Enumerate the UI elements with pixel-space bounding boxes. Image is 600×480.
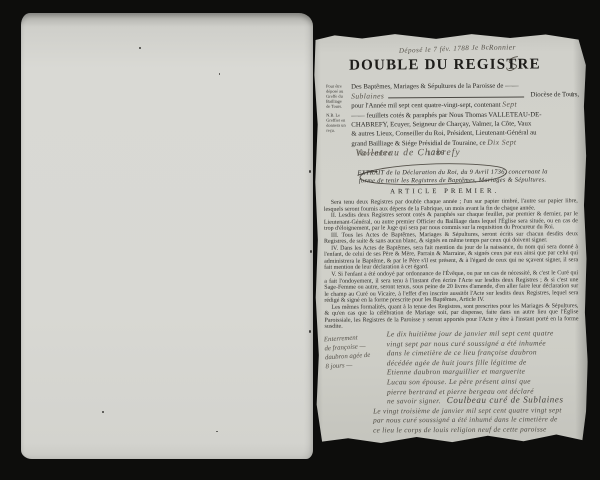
act-margin-note: Enterrement de françoise — daubron agée … bbox=[324, 332, 388, 372]
day-handwritten: Dix Sept bbox=[487, 138, 516, 147]
extrait-line: forme de tenir les Registres de Baptêmes… bbox=[334, 176, 572, 185]
article-paragraph: IV. Dans les Actes de Baptêmes, sera fai… bbox=[324, 244, 578, 272]
preamble-text: grand Bailliage & Siége Présidial de Tou… bbox=[351, 140, 487, 148]
paper-speck bbox=[309, 170, 311, 173]
paper-speck bbox=[309, 330, 311, 333]
register-title-page: Déposé le 7 fév. 1788 Je Bc Ronnier DOUB… bbox=[313, 32, 590, 446]
lieutenant-signature: Valleteau de Chabrefy bbox=[355, 148, 460, 159]
clerk-name-annotation: Ronnier bbox=[489, 43, 516, 52]
preamble-text: pour l'Année mil sept cent quatre-vingt-… bbox=[351, 102, 502, 110]
preamble-text: —— feuillets cotés & paraphés par Nous T… bbox=[351, 111, 541, 119]
preamble-text: CHABREFY, Ecuyer, Seigneur de Charçay, V… bbox=[351, 120, 531, 128]
printed-articles: Sera tenu deux Registres par double chaq… bbox=[324, 198, 579, 333]
article-paragraph: III. Tous les Actes de Baptêmes, Mariage… bbox=[324, 231, 578, 246]
page-title: DOUBLE DU REGISTRE bbox=[313, 56, 577, 75]
paper-speck bbox=[139, 47, 141, 49]
preamble-text: Des Baptêmes, Mariages & Sépultures de l… bbox=[351, 83, 519, 91]
parish-handwritten: Sublaines bbox=[351, 92, 384, 101]
gutter-shadow bbox=[313, 34, 324, 446]
act-line: par nous curé soussigné a été inhumé dan… bbox=[373, 416, 587, 427]
left-blank-page bbox=[21, 13, 313, 459]
preamble-text: & autres Lieux, Conseiller du Roi, Prési… bbox=[351, 129, 536, 137]
paper-speck bbox=[219, 73, 220, 75]
count-handwritten: Sept bbox=[502, 100, 517, 109]
deposit-annotation: Déposé le 7 fév. 1788 Je Bc bbox=[399, 43, 490, 55]
burial-act-2: Le vingt troisième de janvier mil sept c… bbox=[373, 406, 587, 436]
act-line: ce lieu le corps de louis religion neuf … bbox=[373, 425, 587, 436]
article-paragraph: Les mêmes formalités, quant à la tenue d… bbox=[324, 303, 578, 331]
paper-speck bbox=[310, 250, 312, 253]
blank-rule bbox=[388, 97, 524, 99]
article-premier-heading: ARTICLE PREMIER. bbox=[314, 187, 576, 196]
cure-signature: Coulbeau curé de Sublaines bbox=[447, 394, 564, 405]
paper-speck bbox=[216, 431, 218, 432]
margin-note-depot: Pour être déposé au Greffe du Bailliage … bbox=[326, 85, 346, 110]
margin-note-greffier: N.B. Le Greffier en donnera un reçu. bbox=[326, 114, 346, 134]
act-line: ne savoir signer. bbox=[387, 396, 441, 405]
burial-act-1: Le dix huitième jour de janvier mil sept… bbox=[387, 328, 587, 406]
scanned-register-spread: Déposé le 7 fév. 1788 Je Bc Ronnier DOUB… bbox=[0, 0, 600, 480]
extrait-heading: EXTRAIT de la Déclaration du Roi, du 9 A… bbox=[334, 168, 572, 185]
preamble-text: Diocèse de Tours, bbox=[530, 90, 579, 100]
article-paragraph: V. Si l'enfant a été ondoyé par ordonnan… bbox=[324, 270, 578, 304]
act-last-line: ne savoir signer.Coulbeau curé de Sublai… bbox=[387, 395, 587, 406]
paper-speck bbox=[102, 411, 104, 413]
article-paragraph: II. Lesdits deux Registres seront cotés … bbox=[324, 211, 578, 232]
